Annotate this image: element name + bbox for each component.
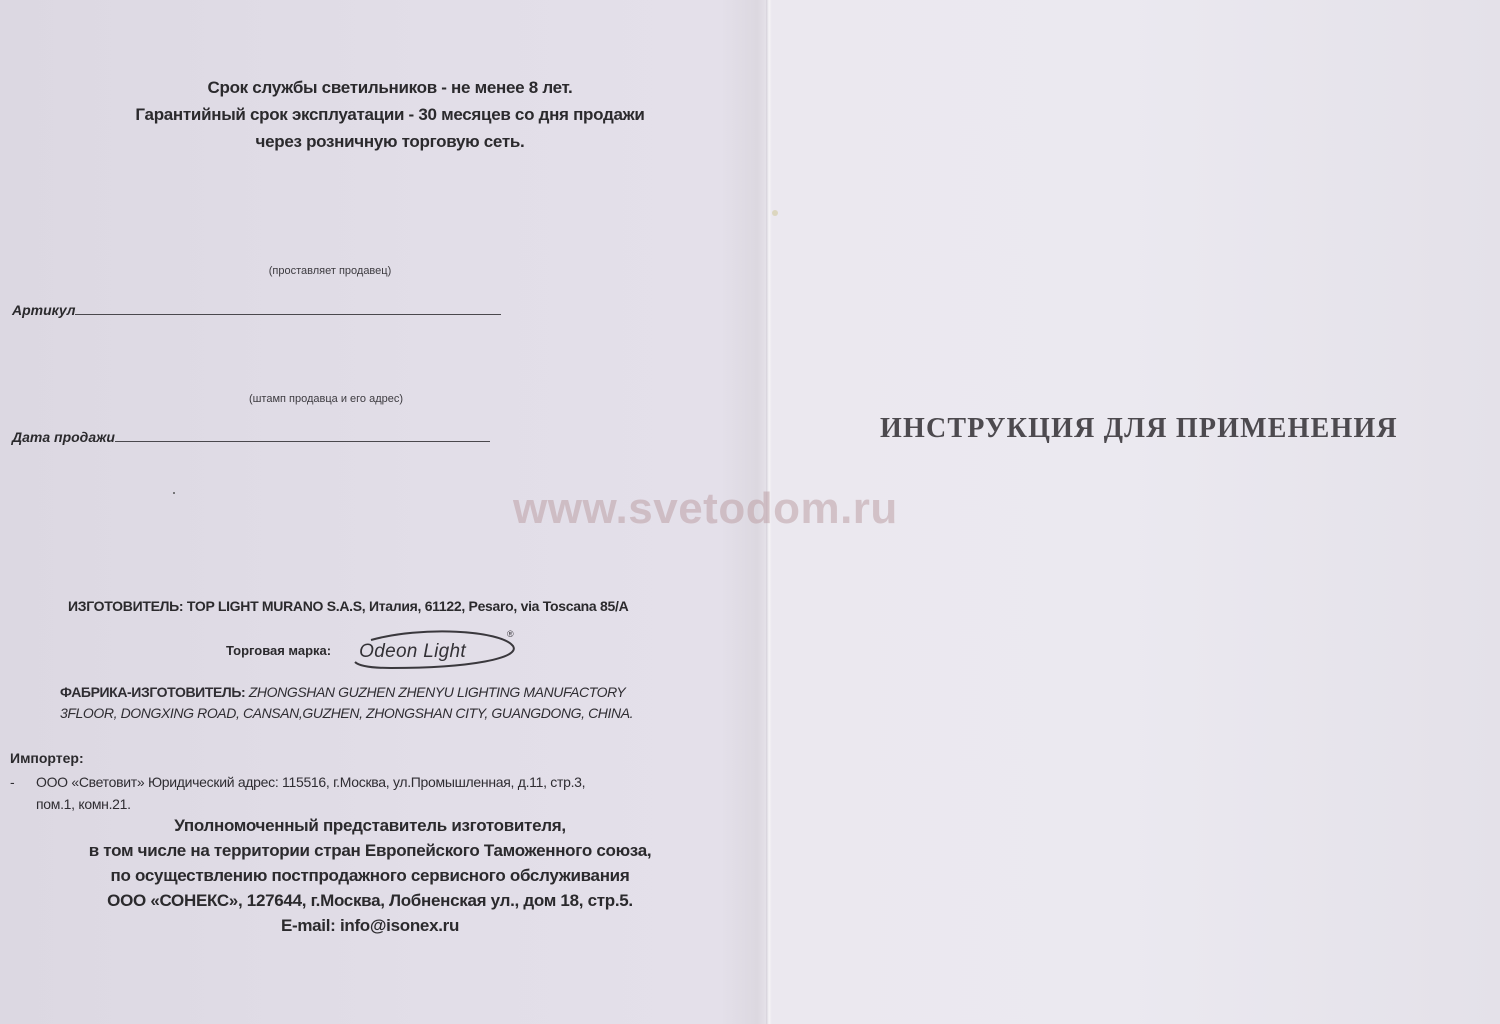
rep-line-3: по осуществлению постпродажного сервисно… <box>10 863 730 888</box>
svg-text:®: ® <box>507 629 514 639</box>
watermark: www.svetodom.ru <box>513 484 898 534</box>
factory-block: ФАБРИКА-ИЗГОТОВИТЕЛЬ: ZHONGSHAN GUZHEN Z… <box>60 682 633 724</box>
trademark-row: Торговая марка: ® Odeon Light <box>226 628 521 672</box>
paper-speck <box>173 492 175 494</box>
importer-title: Импортер: <box>10 750 84 766</box>
rep-line-1: Уполномоченный представитель изготовител… <box>10 813 730 838</box>
warranty-terms: Срок службы светильников - не менее 8 ле… <box>70 74 710 155</box>
factory-name: ZHONGSHAN GUZHEN ZHENYU LIGHTING MANUFAC… <box>245 684 625 700</box>
manufacturer-line: ИЗГОТОВИТЕЛЬ: TOP LIGHT MURANO S.A.S, Ит… <box>68 598 628 614</box>
service-life-line: Срок службы светильников - не менее 8 ле… <box>70 74 710 101</box>
sale-date-field[interactable]: Дата продажи <box>12 429 490 445</box>
factory-label: ФАБРИКА-ИЗГОТОВИТЕЛЬ: <box>60 684 245 700</box>
importer-details: -ООО «Световит» Юридический адрес: 11551… <box>10 771 585 815</box>
article-blank-line[interactable] <box>75 314 501 315</box>
list-dash: - <box>10 771 36 793</box>
retail-network-line: через розничную торговую сеть. <box>70 128 710 155</box>
trademark-label: Торговая марка: <box>226 643 331 658</box>
article-field[interactable]: Артикул <box>12 302 501 318</box>
stamp-hint: (штамп продавца и его адрес) <box>176 393 476 405</box>
authorized-representative: Уполномоченный представитель изготовител… <box>10 813 730 938</box>
importer-address-line1: ООО «Световит» Юридический адрес: 115516… <box>36 774 585 790</box>
factory-address: 3FLOOR, DONGXING ROAD, CANSAN,GUZHEN, ZH… <box>60 703 633 724</box>
rep-email: E-mail: info@isonex.ru <box>10 913 730 938</box>
sale-date-label: Дата продажи <box>12 429 115 445</box>
sale-date-blank-line[interactable] <box>115 441 490 442</box>
seller-hint: (проставляет продавец) <box>180 265 480 277</box>
rep-address: ООО «СОНЕКС», 127644, г.Москва, Лобненск… <box>10 888 730 913</box>
article-label: Артикул <box>12 302 75 318</box>
rep-line-2: в том числе на территории стран Европейс… <box>10 838 730 863</box>
odeon-light-logo: ® Odeon Light <box>351 628 521 672</box>
logo-text: Odeon Light <box>359 641 466 663</box>
warranty-period-line: Гарантийный срок эксплуатации - 30 месяц… <box>70 101 710 128</box>
instructions-title: ИНСТРУКЦИЯ ДЛЯ ПРИМЕНЕНИЯ <box>880 413 1398 445</box>
importer-address-line2: пом.1, комн.21. <box>10 793 585 815</box>
